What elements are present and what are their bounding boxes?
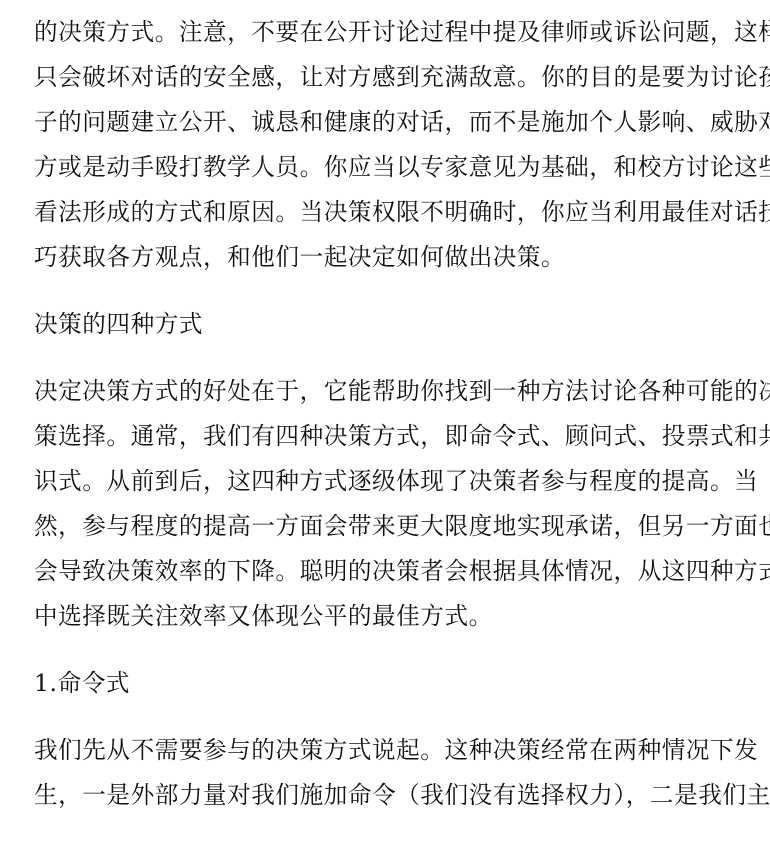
text-line: 生，一是外部力量对我们施加命令（我们没有选择权力），二是我们主 xyxy=(34,773,746,818)
section-heading-four-methods: 决策的四种方式 xyxy=(34,302,746,347)
text-line: 只会破坏对话的安全感，让对方感到充满敌意。你的目的是要为讨论孩 xyxy=(34,55,746,100)
text-line: 会导致决策效率的下降。聪明的决策者会根据具体情况，从这四种方式 xyxy=(34,549,746,594)
text-line: 的决策方式。注意，不要在公开讨论过程中提及律师或诉讼问题，这样 xyxy=(34,10,746,55)
text-line: 巧获取各方观点，和他们一起决定如何做出决策。 xyxy=(34,235,746,280)
text-line: 子的问题建立公开、诚恳和健康的对话，而不是施加个人影响、威胁对 xyxy=(34,100,746,145)
text-line: 决定决策方式的好处在于，它能帮助你找到一种方法讨论各种可能的决 xyxy=(34,369,746,414)
text-line: 看法形成的方式和原因。当决策权限不明确时，你应当利用最佳对话技 xyxy=(34,190,746,235)
text-line: 策选择。通常，我们有四种决策方式，即命令式、顾问式、投票式和共 xyxy=(34,414,746,459)
paragraph-four-methods: 决定决策方式的好处在于，它能帮助你找到一种方法讨论各种可能的决 策选择。通常，我… xyxy=(34,369,746,639)
text-line: 方或是动手殴打教学人员。你应当以专家意见为基础，和校方讨论这些 xyxy=(34,145,746,190)
text-line: 中选择既关注效率又体现公平的最佳方式。 xyxy=(34,594,746,639)
paragraph-command: 我们先从不需要参与的决策方式说起。这种决策经常在两种情况下发 生，一是外部力量对… xyxy=(34,728,746,818)
paragraph-intro: 的决策方式。注意，不要在公开讨论过程中提及律师或诉讼问题，这样 只会破坏对话的安… xyxy=(34,10,746,280)
document-page: 的决策方式。注意，不要在公开讨论过程中提及律师或诉讼问题，这样 只会破坏对话的安… xyxy=(34,10,746,840)
text-line: 我们先从不需要参与的决策方式说起。这种决策经常在两种情况下发 xyxy=(34,728,746,773)
text-line: 然，参与程度的提高一方面会带来更大限度地实现承诺，但另一方面也 xyxy=(34,504,746,549)
section-heading-command: 1.命令式 xyxy=(34,661,746,706)
text-line: 识式。从前到后，这四种方式逐级体现了决策者参与程度的提高。当 xyxy=(34,459,746,504)
